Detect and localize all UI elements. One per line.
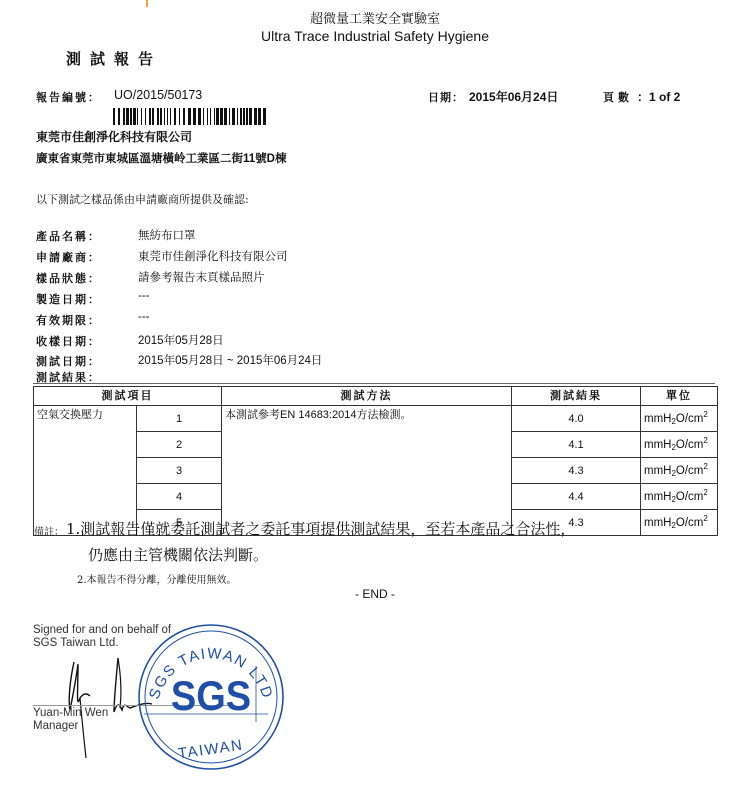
page-label: 頁數 xyxy=(603,89,633,105)
table-row: 空氣交換壓力 1 本測試參考EN 14683:2014方法檢測。 4.0 mmH… xyxy=(34,406,718,432)
client-company: 東莞市佳創淨化科技有限公司 xyxy=(36,128,192,145)
field-value-product-name: 無紡布口罩 xyxy=(138,227,196,243)
sample-number: 1 xyxy=(137,406,222,432)
field-label-received-date: 收樣日期： xyxy=(36,333,101,349)
sample-number: 2 xyxy=(137,432,222,458)
date-label: 日期： xyxy=(428,89,464,105)
unit: mmH2O/cm2 xyxy=(641,432,718,458)
field-label-manufacture-date: 製造日期： xyxy=(36,291,101,307)
test-result-value: 4.3 xyxy=(512,458,641,484)
results-header-row: 測試項目 測試方法 測試結果 單位 xyxy=(34,387,718,406)
svg-text:SGS: SGS xyxy=(171,673,251,719)
field-label-product-name: 產品名稱： xyxy=(36,228,101,244)
client-address: 廣東省東莞市東城區溫塘橫岭工業區二街11號D棟 xyxy=(36,150,286,166)
test-result-value: 4.1 xyxy=(512,432,641,458)
sample-number: 3 xyxy=(137,458,222,484)
field-value-applicant: 東莞市佳創淨化科技有限公司 xyxy=(138,248,288,264)
sgs-stamp-icon: SGS TAIWAN LTD SGS TAIWAN xyxy=(136,622,286,772)
page-number: ：1 of 2 xyxy=(637,88,680,105)
sample-number: 4 xyxy=(137,484,222,510)
header-test-method: 測試方法 xyxy=(222,387,512,406)
report-date: 2015年06月24日 xyxy=(469,88,558,105)
field-label-expiry-date: 有效期限： xyxy=(36,312,101,328)
report-number: UO/2015/50173 xyxy=(114,88,202,102)
field-label-sample-status: 樣品狀態： xyxy=(36,270,101,286)
header-unit: 單位 xyxy=(641,387,718,406)
field-value-received-date: 2015年05月28日 xyxy=(138,332,224,348)
signed-company-text: SGS Taiwan Ltd. xyxy=(33,637,118,649)
field-value-manufacture-date: --- xyxy=(138,290,150,302)
note-1-line-1: 1.測試報告僅就委託測試者之委託事項提供測試結果，至若本產品之合法性， xyxy=(66,518,575,539)
lab-name-en: Ultra Trace Industrial Safety Hygiene xyxy=(0,28,750,44)
field-label-test-date: 測試日期： xyxy=(36,353,101,369)
signer-title: Manager xyxy=(33,720,78,732)
test-result-value: 4.0 xyxy=(512,406,641,432)
note-2: 2.本報告不得分離，分離使用無效。 xyxy=(77,571,237,586)
field-value-expiry-date: --- xyxy=(138,311,150,323)
notes-label: 備註： xyxy=(34,523,64,538)
field-label-applicant: 申請廠商： xyxy=(36,249,101,265)
results-divider xyxy=(33,383,715,384)
header-test-result: 測試結果 xyxy=(512,387,641,406)
test-result-value: 4.4 xyxy=(512,484,641,510)
field-value-sample-status: 請參考報告末頁樣品照片 xyxy=(138,269,265,285)
unit: mmH2O/cm2 xyxy=(641,406,718,432)
unit: mmH2O/cm2 xyxy=(641,510,718,536)
signer-name: Yuan-Min Wen xyxy=(33,707,108,719)
field-value-test-date: 2015年05月28日 ~ 2015年06月24日 xyxy=(138,352,322,368)
test-item-name: 空氣交換壓力 xyxy=(34,406,137,536)
lab-name-cn: 超微量工業安全實驗室 xyxy=(0,8,750,27)
unit: mmH2O/cm2 xyxy=(641,458,718,484)
intro-text: 以下測試之樣品係由申請廠商所提供及確認: xyxy=(36,191,249,207)
unit: mmH2O/cm2 xyxy=(641,484,718,510)
header-test-item: 測試項目 xyxy=(34,387,222,406)
barcode xyxy=(113,108,378,125)
report-number-label: 報告編號： xyxy=(36,89,101,105)
document-title: 測試報告 xyxy=(66,48,162,69)
note-1-line-2: 仍應由主管機關依法判斷。 xyxy=(88,544,268,565)
corner-mark xyxy=(146,0,148,7)
end-marker: - END - xyxy=(0,587,750,601)
results-table: 測試項目 測試方法 測試結果 單位 空氣交換壓力 1 本測試參考EN 14683… xyxy=(33,386,718,536)
test-method: 本測試參考EN 14683:2014方法檢測。 xyxy=(222,406,512,536)
